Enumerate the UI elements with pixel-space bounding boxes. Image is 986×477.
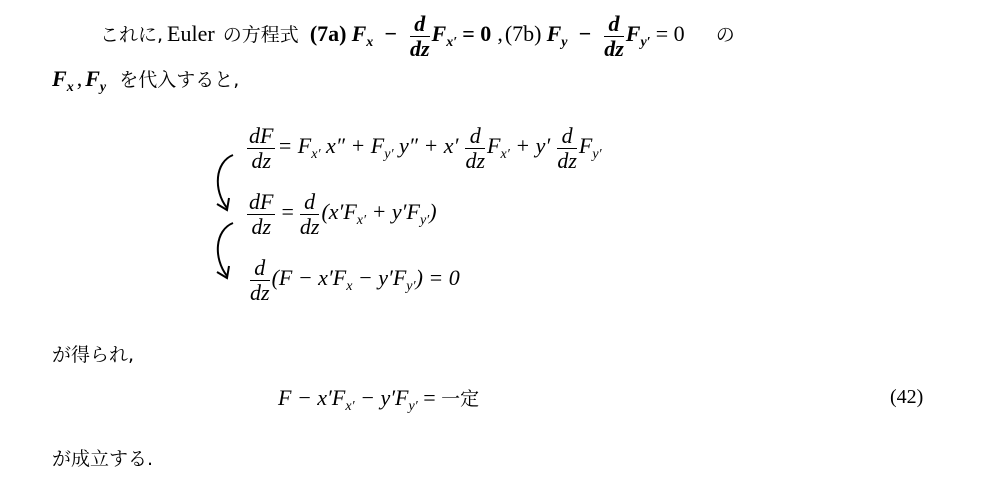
substitute-text: を代入すると,	[119, 69, 239, 91]
equals-zero: = 0	[656, 21, 685, 46]
euler-text: Euler	[167, 21, 215, 46]
eq7a-fx: Fx	[352, 21, 374, 46]
term: (F − x′Fx − y′Fy′) = 0	[272, 265, 460, 290]
term: (x′Fx′ + y′Fy′)	[321, 199, 436, 224]
d-dz-fraction: ddz	[604, 12, 624, 61]
eq7b-fyprime: Fy′	[626, 21, 651, 46]
derivation-line-3: ddz(F − x′Fx − y′Fy′) = 0	[248, 256, 460, 305]
d-dz: ddz	[250, 256, 270, 305]
eq7b-label: (7b)	[505, 21, 542, 46]
fy: Fy	[85, 66, 106, 91]
paragraph-substitute: Fx,Fy を代入すると,	[52, 64, 239, 103]
eq7a-label: (7a)	[310, 21, 347, 46]
paragraph-euler-equations: これに,Eulerの方程式 (7a) Fx − ddzFx′ = 0,(7b) …	[100, 12, 735, 61]
term: Fy′	[579, 133, 602, 158]
fx: Fx	[52, 66, 74, 91]
term: Fx′ + y′	[487, 133, 550, 158]
paragraph-holds: が成立する.	[52, 444, 153, 471]
equation-42-lhs: F − x′Fx′ − y′Fy′	[278, 385, 418, 410]
d-dz: ddz	[300, 190, 320, 239]
no-text: の	[716, 24, 735, 46]
equals: =	[281, 199, 293, 224]
equation-42: F − x′Fx′ − y′Fy′ = 一定	[278, 384, 479, 415]
d-dz-fraction: ddz	[410, 12, 430, 61]
df-dz: dFdz	[247, 190, 275, 239]
intro-text: これに,	[100, 24, 163, 46]
term: = Fx′ x″ + Fy′ y″ + x′	[277, 133, 458, 158]
eq7b-fy: Fy	[547, 21, 568, 46]
equation-number: (42)	[890, 386, 923, 409]
derivation-line-1: dFdz= Fx′ x″ + Fy′ y″ + x′ ddzFx′ + y′ d…	[245, 124, 602, 173]
df-dz: dFdz	[247, 124, 275, 173]
constant-text: 一定	[441, 388, 479, 410]
curved-arrow-icon	[205, 218, 245, 288]
comma: ,	[497, 21, 503, 46]
equations-label: の方程式	[223, 24, 299, 46]
eq7a-fxprime: Fx′	[432, 21, 458, 46]
derivation-line-2: dFdz=ddz(x′Fx′ + y′Fy′)	[245, 190, 437, 239]
curved-arrow-icon	[205, 150, 245, 220]
equals: =	[418, 385, 441, 410]
minus: −	[579, 21, 592, 46]
comma: ,	[77, 66, 83, 91]
d-dz: ddz	[557, 124, 577, 173]
minus: −	[384, 21, 397, 46]
equals-zero: = 0	[462, 21, 491, 46]
paragraph-obtained: が得られ,	[52, 340, 134, 367]
d-dz: ddz	[465, 124, 485, 173]
